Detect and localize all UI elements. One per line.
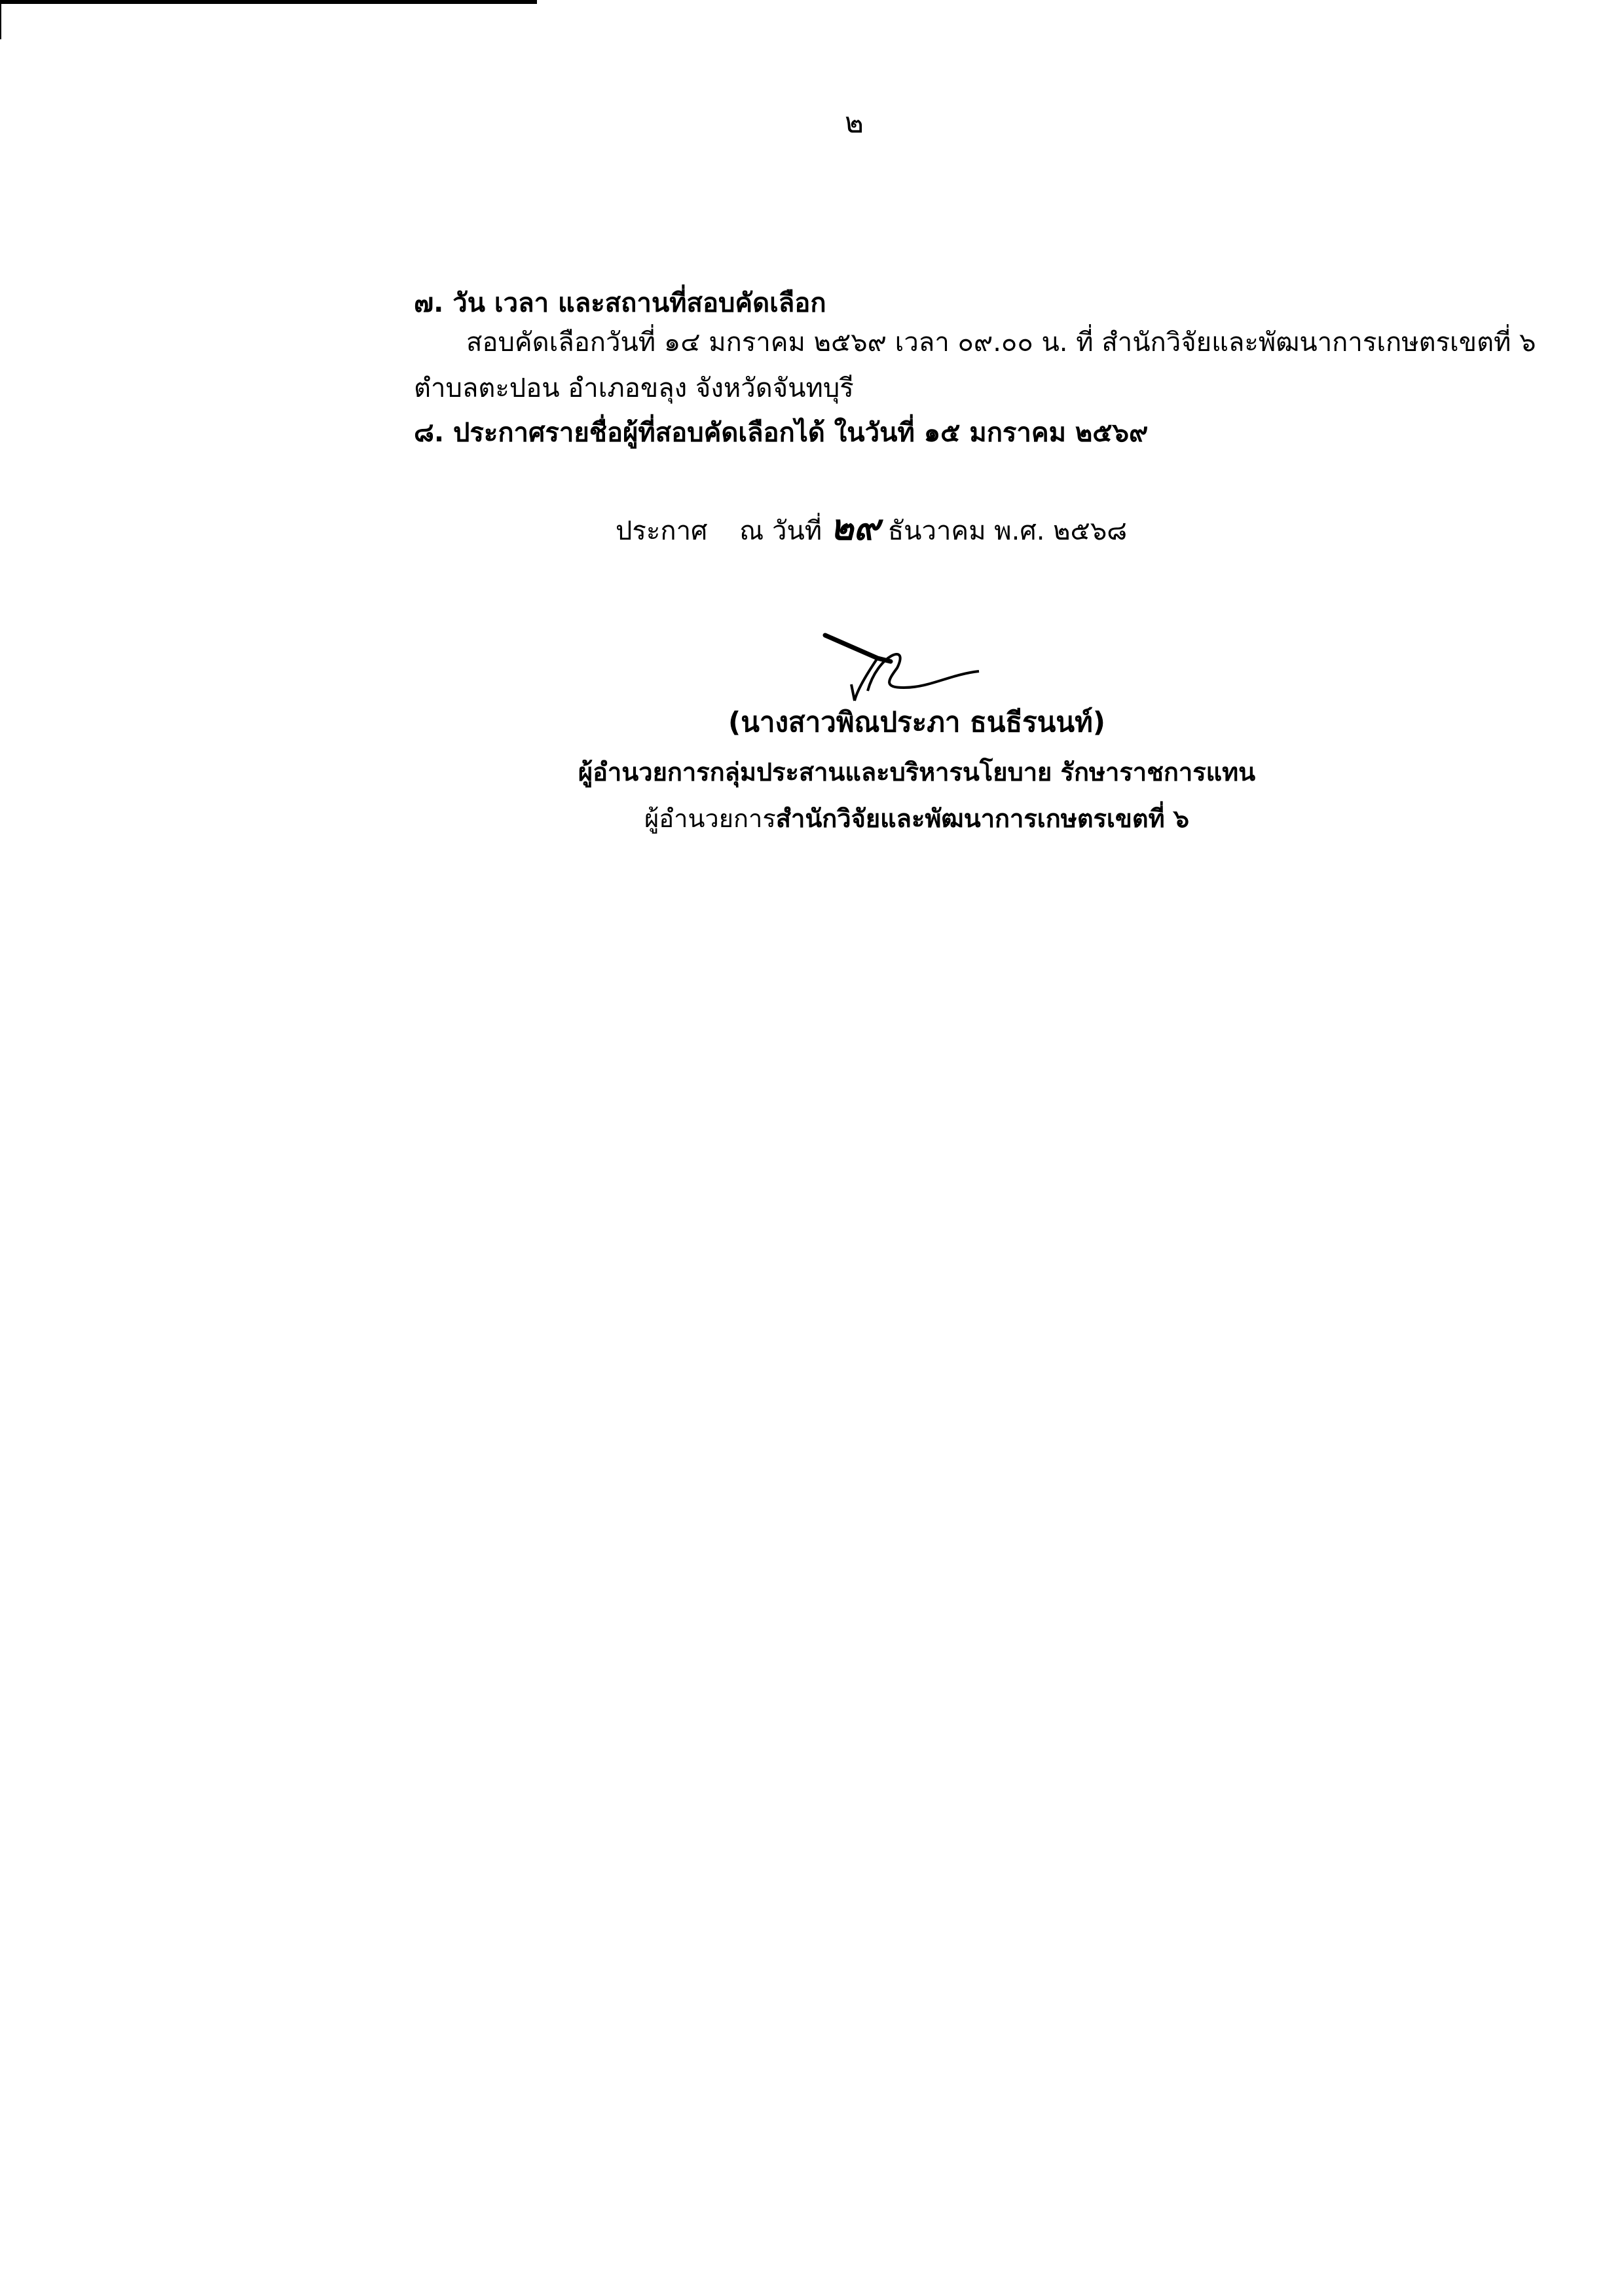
scan-edge-artifact-left bbox=[0, 0, 1, 39]
announcement-date-line: ประกาศ ณ วันที่ ๒๙ ธันวาคม พ.ศ. ๒๕๖๘ bbox=[616, 499, 1127, 555]
scan-edge-artifact bbox=[0, 0, 537, 4]
title-line-2-part-a: ผู้อำนวยการ bbox=[644, 804, 776, 833]
section-7-body-line-2: ตำบลตะปอน อำเภอขลุง จังหวัดจันทบุรี bbox=[414, 367, 854, 409]
section-7-heading: ๗. วัน เวลา และสถานที่สอบคัดเลือก bbox=[414, 282, 826, 324]
section-7-body-line-1: สอบคัดเลือกวันที่ ๑๔ มกราคม ๒๕๖๙ เวลา ๐๙… bbox=[466, 321, 1536, 363]
title-line-1-part-a: ผู้อำนวยการกลุ่มประสานและบริหาร bbox=[578, 758, 963, 787]
announcement-month-year: ธันวาคม พ.ศ. ๒๕๖๘ bbox=[888, 516, 1127, 546]
signature-block: (นางสาวพิณประภา ธนธีรนนท์) ผู้อำนวยการกล… bbox=[524, 701, 1310, 845]
signatory-name: (นางสาวพิณประภา ธนธีรนนท์) bbox=[524, 701, 1310, 744]
title-line-2-part-b: สำนักวิจัยและพัฒนาการเกษตรเขตที่ ๖ bbox=[776, 804, 1189, 833]
signatory-title-line-1: ผู้อำนวยการกลุ่มประสานและบริหารนโยบาย รั… bbox=[524, 752, 1310, 792]
section-8-heading: ๘. ประกาศรายชื่อผู้ที่สอบคัดเลือกได้ ในว… bbox=[414, 411, 1148, 453]
announcement-prefix: ประกาศ bbox=[616, 516, 707, 546]
signature-mark bbox=[812, 629, 995, 707]
page-number: ๒ bbox=[845, 100, 864, 145]
announcement-day-label: วันที่ bbox=[772, 516, 822, 546]
announcement-at: ณ bbox=[739, 516, 764, 546]
title-line-1-part-b: นโยบาย รักษาราชการแทน bbox=[963, 758, 1255, 787]
handwritten-day: ๒๙ bbox=[830, 506, 879, 548]
signatory-title-line-2: ผู้อำนวยการสำนักวิจัยและพัฒนาการเกษตรเขต… bbox=[524, 798, 1310, 838]
